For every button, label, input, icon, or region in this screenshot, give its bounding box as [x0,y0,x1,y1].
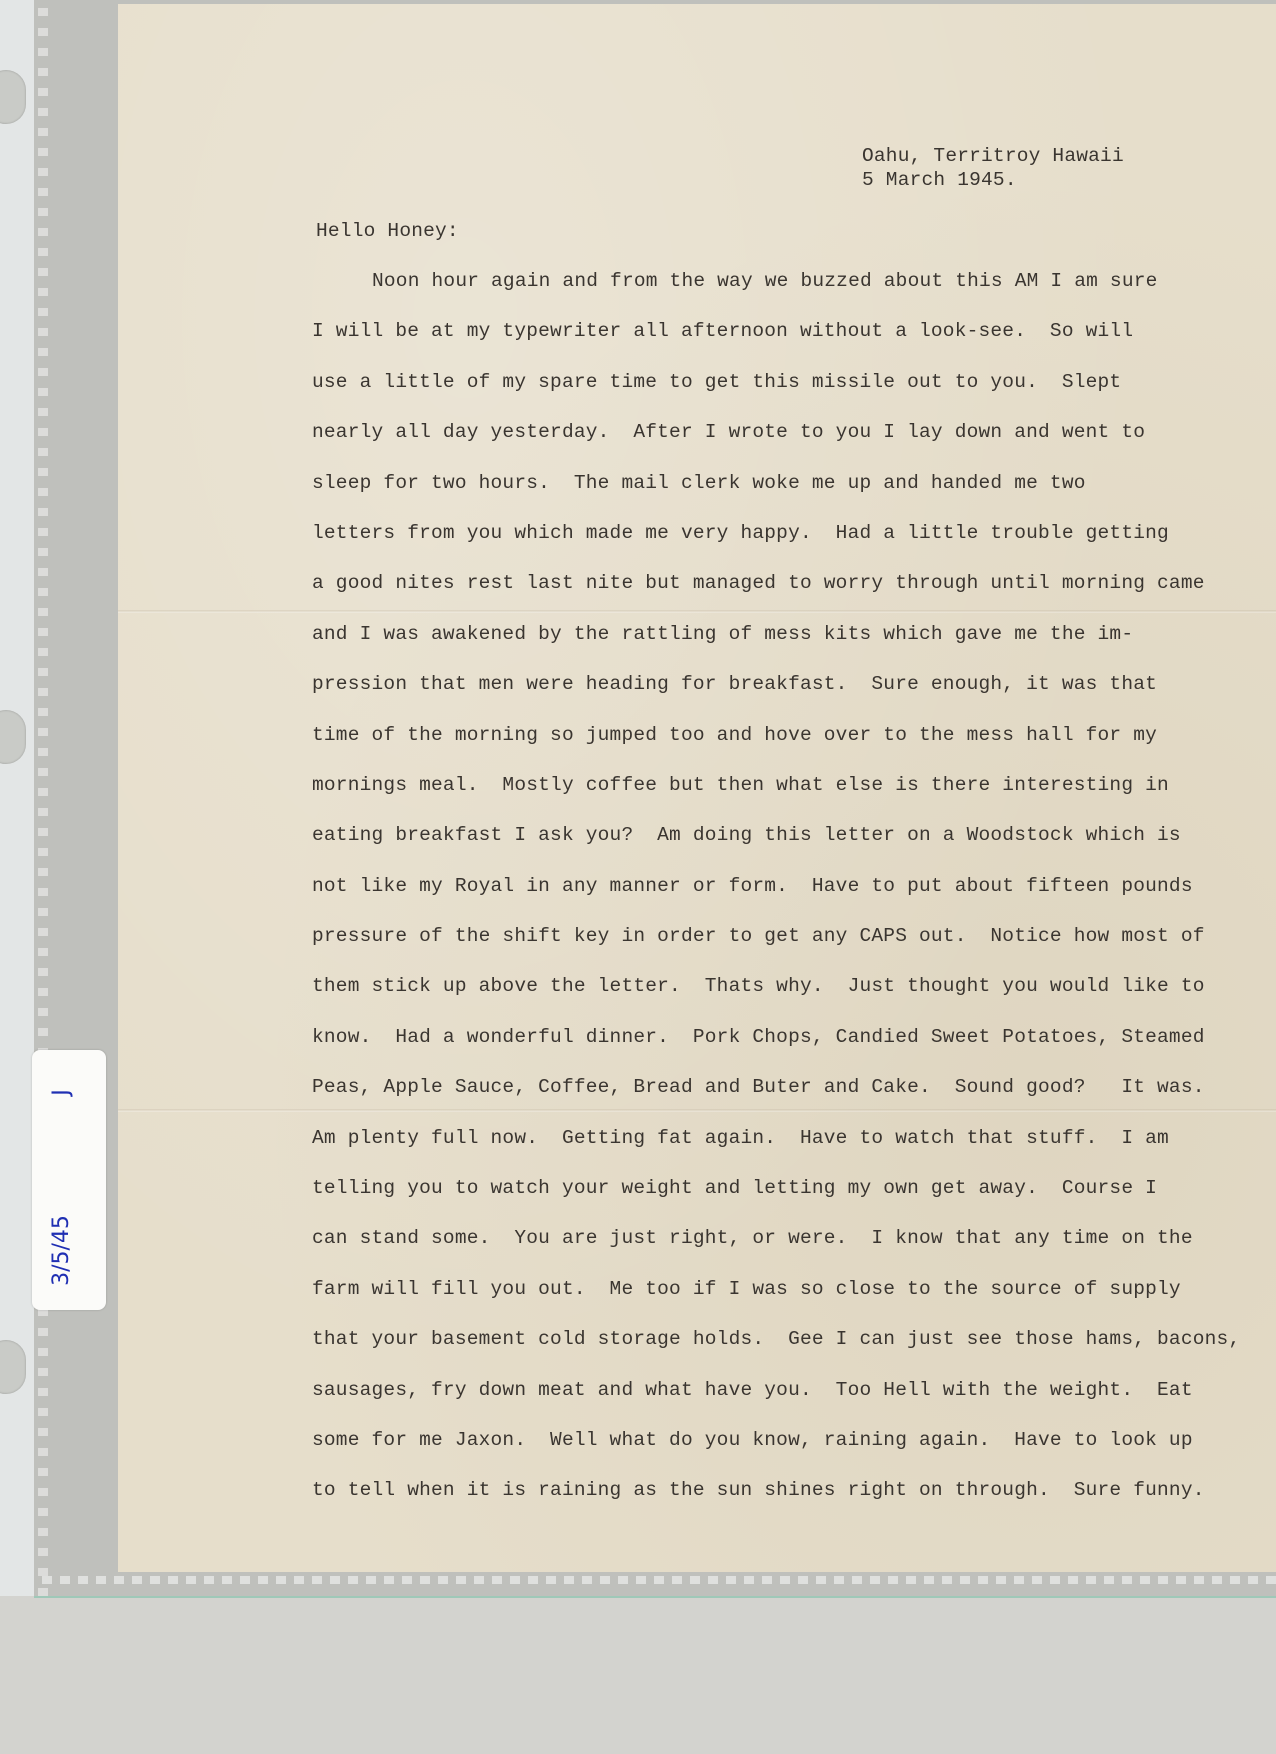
index-tab-label: J 3/5/45 [32,1050,106,1310]
letter-line: pressure of the shift key in order to ge… [312,925,1240,975]
letter-line: pression that men were heading for break… [312,673,1240,723]
punch-hole [0,70,26,124]
letter-line: to tell when it is raining as the sun sh… [312,1479,1240,1529]
letter-location: Oahu, Territroy Hawaii [862,144,1124,168]
letter-line: a good nites rest last nite but managed … [312,572,1240,622]
letter-body: Noon hour again and from the way we buzz… [312,270,1240,1530]
binder-strip [0,0,35,1596]
letter-date: 5 March 1945. [862,168,1124,192]
sleeve-perforation [34,1576,1276,1584]
letter-line: nearly all day yesterday. After I wrote … [312,421,1240,471]
letter-line: that your basement cold storage holds. G… [312,1328,1240,1378]
letter-line: eating breakfast I ask you? Am doing thi… [312,824,1240,874]
sleeve-perforation [38,0,48,1596]
letter-line: Noon hour again and from the way we buzz… [312,270,1240,320]
letter-line: Am plenty full now. Getting fat again. H… [312,1127,1240,1177]
letter-heading: Oahu, Territroy Hawaii 5 March 1945. [862,144,1124,192]
letter-page: Oahu, Territroy Hawaii 5 March 1945. Hel… [118,4,1276,1572]
letter-line: know. Had a wonderful dinner. Pork Chops… [312,1026,1240,1076]
letter-line: mornings meal. Mostly coffee but then wh… [312,774,1240,824]
letter-line: can stand some. You are just right, or w… [312,1227,1240,1277]
letter-line: some for me Jaxon. Well what do you know… [312,1429,1240,1479]
letter-salutation: Hello Honey: [316,220,459,242]
letter-line: Peas, Apple Sauce, Coffee, Bread and But… [312,1076,1240,1126]
letter-line: sausages, fry down meat and what have yo… [312,1379,1240,1429]
tab-initial: J [49,1089,74,1096]
letter-line: use a little of my spare time to get thi… [312,371,1240,421]
tab-date: 3/5/45 [49,1215,74,1286]
punch-hole [0,710,26,764]
letter-line: telling you to watch your weight and let… [312,1177,1240,1227]
punch-hole [0,1340,26,1394]
letter-line: them stick up above the letter. Thats wh… [312,975,1240,1025]
letter-line: sleep for two hours. The mail clerk woke… [312,472,1240,522]
letter-line: time of the morning so jumped too and ho… [312,724,1240,774]
letter-line: I will be at my typewriter all afternoon… [312,320,1240,370]
letter-line: farm will fill you out. Me too if I was … [312,1278,1240,1328]
letter-text: Oahu, Territroy Hawaii 5 March 1945. Hel… [118,4,1276,1572]
letter-line: and I was awakened by the rattling of me… [312,623,1240,673]
letter-line: not like my Royal in any manner or form.… [312,875,1240,925]
letter-line: letters from you which made me very happ… [312,522,1240,572]
